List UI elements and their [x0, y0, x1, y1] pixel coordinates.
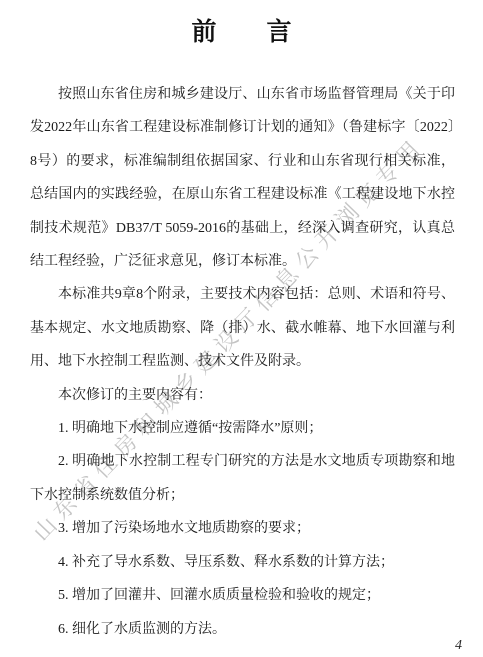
revision-item-2: 2. 明确地下水控制工程专门研究的方法是水文地质专项勘察和地下水控制系统数值分析… — [30, 445, 455, 512]
revision-item-6: 6. 细化了水质监测的方法。 — [30, 613, 455, 646]
revision-item-3: 3. 增加了污染场地水文地质勘察的要求； — [30, 512, 455, 545]
paragraph-revision-lead-in: 本次修订的主要内容有： — [30, 379, 455, 412]
paragraph-contents-overview: 本标准共9章8个附录，主要技术内容包括：总则、术语和符号、基本规定、水文地质勘察… — [30, 278, 455, 378]
revision-item-1: 1. 明确地下水控制应遵循“按需降水”原则； — [30, 412, 455, 445]
revision-item-5: 5. 增加了回灌井、回灌水质质量检验和验收的规定； — [30, 579, 455, 612]
paragraph-intro: 按照山东省住房和城乡建设厅、山东省市场监督管理局《关于印发2022年山东省工程建… — [30, 78, 455, 278]
page-title: 前 言 — [0, 18, 483, 48]
foreword-body: 按照山东省住房和城乡建设厅、山东省市场监督管理局《关于印发2022年山东省工程建… — [0, 78, 483, 646]
document-page: 山东省住房和城乡建设厅信息公开浏览专用 前 言 按照山东省住房和城乡建设厅、山东… — [0, 0, 483, 657]
revision-item-4: 4. 补充了导水系数、导压系数、释水系数的计算方法； — [30, 546, 455, 579]
page-number: 4 — [455, 638, 462, 654]
